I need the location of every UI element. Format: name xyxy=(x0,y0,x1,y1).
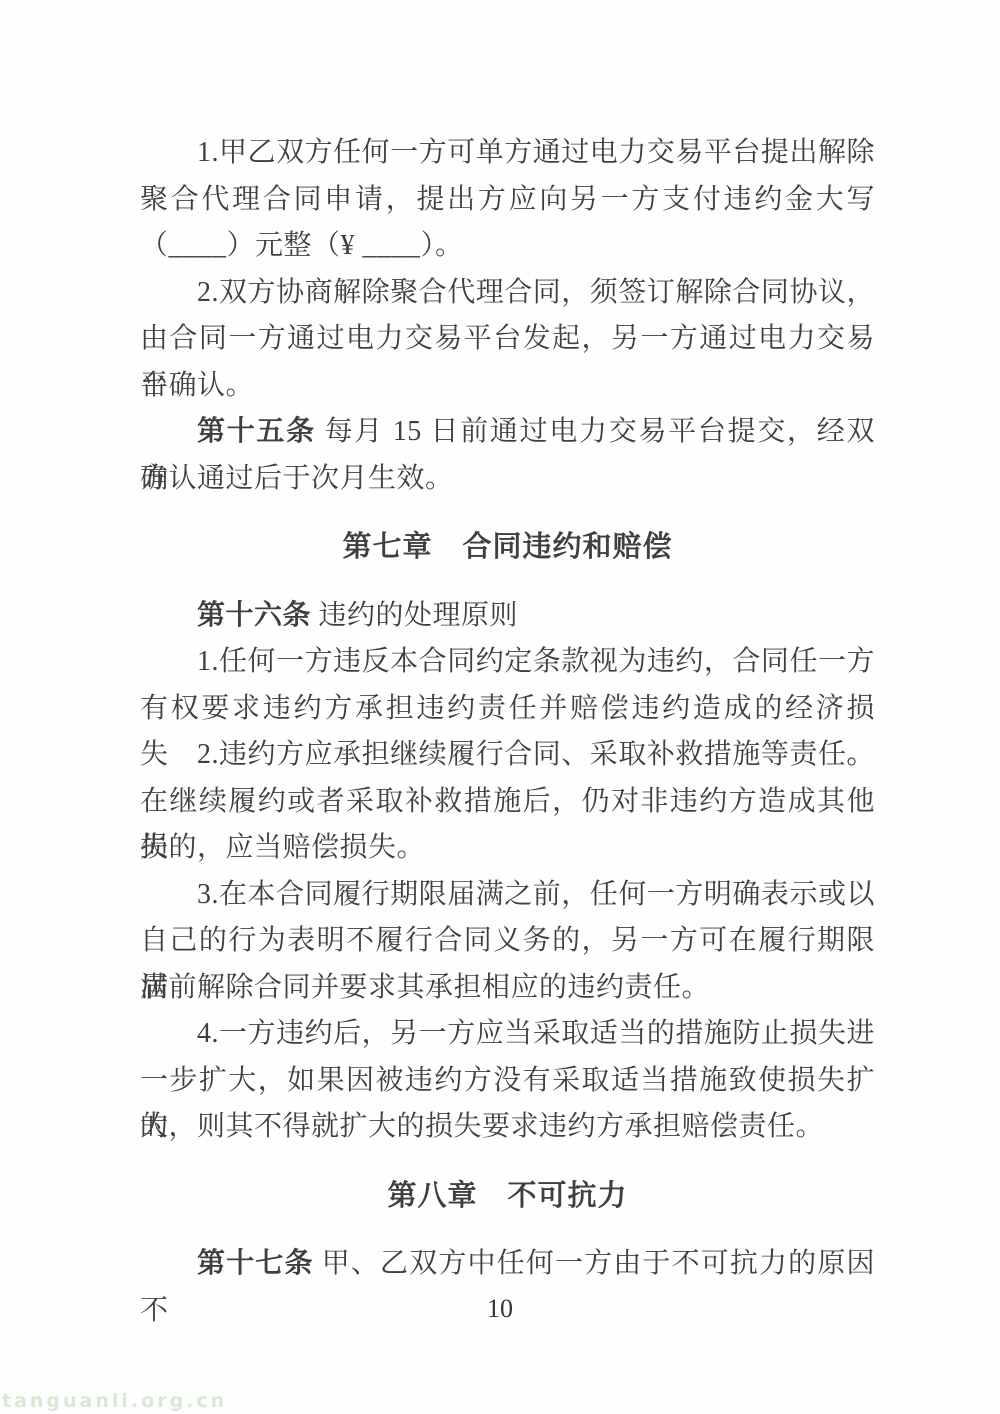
clause-label: 第十六条 xyxy=(197,600,311,631)
document-line: 在继续履约或者采取补救措施后，仍对非违约方造成其他损 xyxy=(140,779,875,826)
text-segment: 违约的处理原则 xyxy=(311,600,518,631)
text-segment: 台确认。 xyxy=(140,370,254,401)
document-line: 第十七条 甲、乙双方中任何一方由于不可抗力的原因不 xyxy=(140,1241,875,1288)
document-line: 4.一方违约后，另一方应当采取适当的措施防止损失进 xyxy=(140,1011,875,1058)
text-segment: 4.一方违约后，另一方应当采取适当的措施防止损失进 xyxy=(197,1018,875,1049)
document-line: 的，则其不得就扩大的损失要求违约方承担赔偿责任。 xyxy=(140,1104,875,1151)
document-line: 失的，应当赔偿损失。 xyxy=(140,825,875,872)
text-segment: 聚合代理合同申请，提出方应向另一方支付违约金大写 xyxy=(140,184,875,215)
document-line: 第十五条 每月 15 日前通过电力交易平台提交，经双方 xyxy=(140,409,875,456)
document-line: 确认通过后于次月生效。 xyxy=(140,456,875,503)
document-line: 由合同一方通过电力交易平台发起，另一方通过电力交易平 xyxy=(140,316,875,363)
document-line: 3.在本合同履行期限届满之前，任何一方明确表示或以 xyxy=(140,872,875,919)
document-line: 一步扩大，如果因被违约方没有采取适当措施致使损失扩大 xyxy=(140,1058,875,1105)
text-segment: 1.任何一方违反本合同约定条款视为违约，合同任一方 xyxy=(197,646,875,677)
clause-label: 第十七条 xyxy=(197,1248,314,1279)
text-segment: 确认通过后于次月生效。 xyxy=(140,463,454,494)
document-line: 聚合代理合同申请，提出方应向另一方支付违约金大写 xyxy=(140,177,875,224)
document-line: 1.甲乙双方任何一方可单方通过电力交易平台提出解除 xyxy=(140,130,875,177)
text-segment: 满前解除合同并要求其承担相应的违约责任。 xyxy=(140,972,710,1003)
watermark: tanguanli.org.cn xyxy=(2,1390,227,1412)
document-line: （____）元整（¥ ____）。 xyxy=(140,223,875,270)
document-body: 1.甲乙双方任何一方可单方通过电力交易平台提出解除聚合代理合同申请，提出方应向另… xyxy=(0,0,1000,1288)
text-segment: 失的，应当赔偿损失。 xyxy=(140,832,425,863)
document-line: 第十六条 违约的处理原则 xyxy=(140,593,875,640)
page-number: 10 xyxy=(0,1292,1000,1326)
text-segment: 1.甲乙双方任何一方可单方通过电力交易平台提出解除 xyxy=(197,137,875,168)
text-segment: （____）元整（¥ ____）。 xyxy=(140,230,464,261)
document-line: 自己的行为表明不履行合同义务的，另一方可在履行期限届 xyxy=(140,918,875,965)
document-line: 满前解除合同并要求其承担相应的违约责任。 xyxy=(140,965,875,1012)
text-segment: 2.违约方应承担继续履行合同、采取补救措施等责任。 xyxy=(197,739,875,770)
document-line: 2.违约方应承担继续履行合同、采取补救措施等责任。 xyxy=(140,732,875,779)
chapter-heading: 第八章 不可抗力 xyxy=(140,1173,875,1220)
document-page: 1.甲乙双方任何一方可单方通过电力交易平台提出解除聚合代理合同申请，提出方应向另… xyxy=(0,0,1000,1414)
document-line: 台确认。 xyxy=(140,363,875,410)
document-line: 有权要求违约方承担违约责任并赔偿违约造成的经济损失。 xyxy=(140,686,875,733)
text-segment: 2.双方协商解除聚合代理合同，须签订解除合同协议， xyxy=(197,277,875,308)
text-segment: 的，则其不得就扩大的损失要求违约方承担赔偿责任。 xyxy=(140,1111,824,1142)
document-line: 2.双方协商解除聚合代理合同，须签订解除合同协议， xyxy=(140,270,875,317)
chapter-heading: 第七章 合同违约和赔偿 xyxy=(140,524,875,571)
clause-label: 第十五条 xyxy=(197,416,316,447)
text-segment: 3.在本合同履行期限届满之前，任何一方明确表示或以 xyxy=(197,879,875,910)
document-line: 1.任何一方违反本合同约定条款视为违约，合同任一方 xyxy=(140,639,875,686)
